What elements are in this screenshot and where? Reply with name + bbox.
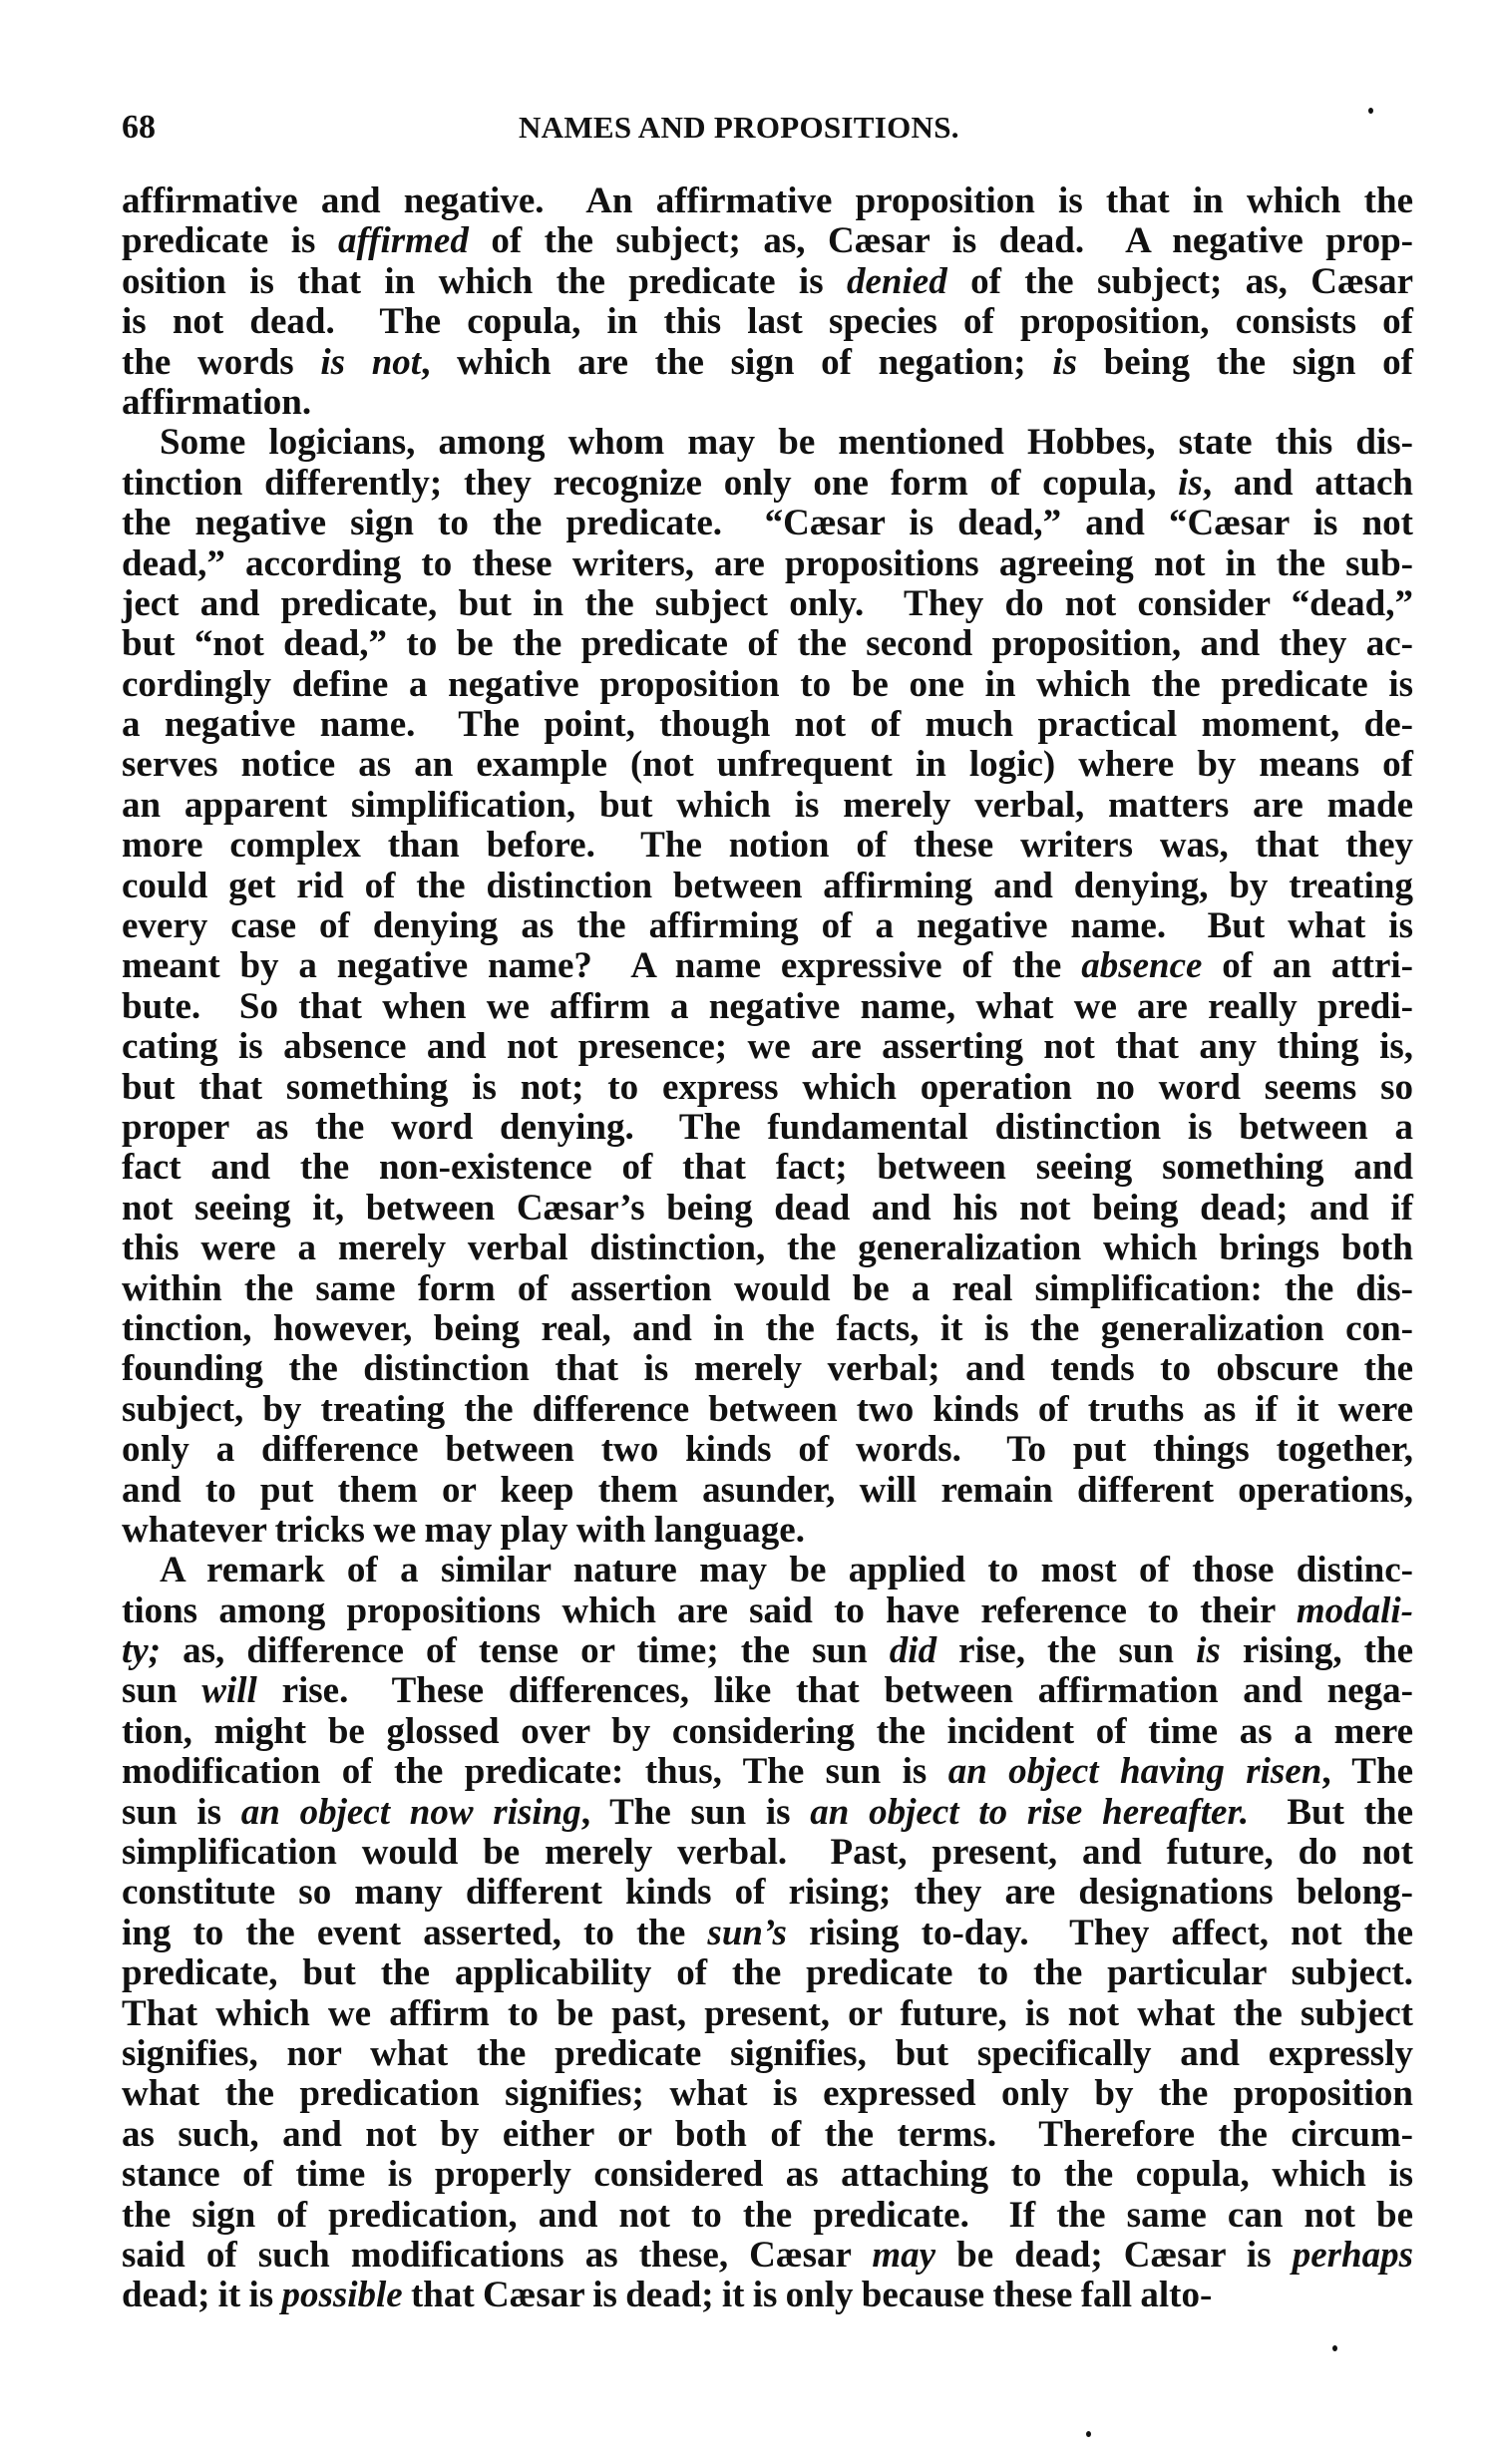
text-line: the words is not, which are the sign of …	[122, 343, 1413, 383]
book-page: 68 NAMES AND PROPOSITIONS. affirmative a…	[0, 0, 1490, 2464]
text-run: bute. So that when we affirm a negative …	[122, 986, 1413, 1027]
text-run: of an attri-	[1202, 945, 1413, 986]
text-line: ing to the event asserted, to the sun’s …	[122, 1914, 1413, 1953]
text-line: the negative sign to the predicate. “Cæs…	[122, 504, 1413, 543]
scan-speck	[1332, 2345, 1337, 2351]
italic-text: perhaps	[1293, 2235, 1413, 2276]
text-run: a negative name. The point, though not o…	[122, 704, 1413, 745]
text-run: of the subject; as, Cæsar is dead. A neg…	[469, 220, 1413, 261]
text-line: tinction differently; they recognize onl…	[122, 464, 1413, 504]
text-line: this were a merely verbal distinction, t…	[122, 1229, 1413, 1268]
text-run: as, difference of tense or time; the sun	[161, 1630, 890, 1671]
text-run: tions among propositions which are said …	[122, 1590, 1297, 1631]
text-line: what the predication signifies; what is …	[122, 2074, 1413, 2114]
text-run: dead,” according to these writers, are p…	[122, 543, 1413, 584]
text-run: the words	[122, 342, 320, 383]
text-run: dead; it is	[122, 2275, 281, 2315]
italic-text: possible	[281, 2275, 402, 2315]
italic-text: modali-	[1297, 1590, 1413, 1631]
text-run: sun is	[122, 1792, 241, 1833]
text-run: serves notice as an example (not unfrequ…	[122, 744, 1413, 785]
text-run: , The sun is	[581, 1792, 811, 1833]
italic-text: may	[872, 2235, 935, 2276]
text-run: be dead; Cæsar is	[935, 2235, 1293, 2276]
text-run: within the same form of assertion would …	[122, 1268, 1413, 1309]
text-run: as such, and not by either or both of th…	[122, 2114, 1413, 2155]
text-run: but “not dead,” to be the predicate of t…	[122, 623, 1413, 664]
text-run: predicate is	[122, 220, 338, 261]
text-run: osition is that in which the predicate i…	[122, 261, 847, 302]
text-run: meant by a negative name? A name express…	[122, 945, 1081, 986]
text-line: simplification would be merely verbal. P…	[122, 1833, 1413, 1873]
text-run: whatever tricks we may play with languag…	[122, 1510, 805, 1551]
text-line: but “not dead,” to be the predicate of t…	[122, 624, 1413, 664]
text-line: cordingly define a negative proposition …	[122, 665, 1413, 705]
paragraph: Some logicians, among whom may be mentio…	[122, 423, 1413, 1551]
italic-text: an object now rising	[241, 1792, 581, 1833]
text-run: proper as the word denying. The fundamen…	[122, 1107, 1413, 1148]
text-run: more complex than before. The notion of …	[122, 825, 1413, 866]
text-run: stance of time is properly considered as…	[122, 2154, 1413, 2195]
italic-text: denied	[847, 261, 947, 302]
text-run: that Cæsar is dead; it is only because t…	[403, 2275, 1213, 2315]
italic-text: sun’s	[707, 1913, 787, 1953]
text-run: this were a merely verbal distinction, t…	[122, 1228, 1413, 1268]
text-line: could get rid of the distinction between…	[122, 867, 1413, 906]
text-run: affirmation.	[122, 382, 311, 423]
text-run: not seeing it, between Cæsar’s being dea…	[122, 1188, 1413, 1229]
text-line: That which we affirm to be past, present…	[122, 1994, 1413, 2034]
text-line: ject and predicate, but in the subject o…	[122, 584, 1413, 624]
text-run: affirmative and negative. An affirmative…	[122, 180, 1413, 221]
text-run: the negative sign to the predicate. “Cæs…	[122, 503, 1413, 543]
text-run: said of such modifications as these, Cæs…	[122, 2235, 872, 2276]
text-run: That which we affirm to be past, present…	[122, 1993, 1413, 2034]
text-line: affirmation.	[122, 383, 1413, 423]
text-run: cordingly define a negative proposition …	[122, 664, 1413, 705]
text-run: , The	[1321, 1751, 1413, 1792]
text-line: tinction, however, being real, and in th…	[122, 1309, 1413, 1349]
text-run: rising to-day. They affect, not the	[787, 1913, 1413, 1953]
text-run: constitute so many different kinds of ri…	[122, 1872, 1413, 1913]
text-run: ing to the event asserted, to the	[122, 1913, 707, 1953]
italic-text: an object having risen	[948, 1751, 1322, 1792]
text-line: serves notice as an example (not unfrequ…	[122, 745, 1413, 785]
text-line: said of such modifications as these, Cæs…	[122, 2236, 1413, 2276]
text-line: founding the distinction that is merely …	[122, 1349, 1413, 1389]
text-line: only a difference between two kinds of w…	[122, 1430, 1413, 1470]
paragraph: affirmative and negative. An affirmative…	[122, 181, 1413, 423]
text-run: simplification would be merely verbal. P…	[122, 1832, 1413, 1873]
text-line: but that something is not; to express wh…	[122, 1068, 1413, 1108]
text-line: affirmative and negative. An affirmative…	[122, 181, 1413, 221]
text-run: tinction differently; they recognize onl…	[122, 463, 1178, 504]
text-line: is not dead. The copula, in this last sp…	[122, 302, 1413, 342]
text-line: tion, might be glossed over by consideri…	[122, 1712, 1413, 1752]
text-run: and to put them or keep them asunder, wi…	[122, 1470, 1413, 1511]
text-run: predicate, but the applicability of the …	[122, 1952, 1413, 1993]
text-run: ject and predicate, but in the subject o…	[122, 583, 1413, 624]
text-run: founding the distinction that is merely …	[122, 1348, 1413, 1389]
text-run: signifies, nor what the predicate signif…	[122, 2033, 1413, 2074]
italic-text: is	[1052, 342, 1077, 383]
text-line: proper as the word denying. The fundamen…	[122, 1108, 1413, 1148]
text-run: sun	[122, 1670, 201, 1711]
text-run: is not dead. The copula, in this last sp…	[122, 301, 1413, 342]
text-run: being the sign of	[1077, 342, 1413, 383]
italic-text: will	[201, 1670, 257, 1711]
text-run: what the predication signifies; what is …	[122, 2073, 1413, 2114]
italic-text: absence	[1081, 945, 1202, 986]
italic-text: is	[1196, 1630, 1221, 1671]
text-line: whatever tricks we may play with languag…	[122, 1511, 1413, 1551]
text-line: meant by a negative name? A name express…	[122, 946, 1413, 986]
text-line: not seeing it, between Cæsar’s being dea…	[122, 1189, 1413, 1229]
text-run: A remark of a similar nature may be appl…	[160, 1550, 1413, 1590]
text-line: every case of denying as the affirming o…	[122, 906, 1413, 946]
italic-text: did	[890, 1630, 936, 1671]
text-line: cating is absence and not presence; we a…	[122, 1027, 1413, 1067]
text-line: the sign of predication, and not to the …	[122, 2196, 1413, 2236]
text-run: of the subject; as, Cæsar	[947, 261, 1413, 302]
text-line: a negative name. The point, though not o…	[122, 705, 1413, 745]
text-line: within the same form of assertion would …	[122, 1269, 1413, 1309]
text-line: constitute so many different kinds of ri…	[122, 1873, 1413, 1913]
text-run: but that something is not; to express wh…	[122, 1067, 1413, 1108]
italic-text: affirmed	[338, 220, 469, 261]
text-line: modification of the predicate: thus, The…	[122, 1752, 1413, 1792]
text-run: tinction, however, being real, and in th…	[122, 1308, 1413, 1349]
text-line: sun will rise. These differences, like t…	[122, 1671, 1413, 1711]
text-line: Some logicians, among whom may be mentio…	[122, 423, 1413, 463]
text-line: predicate is affirmed of the subject; as…	[122, 221, 1413, 261]
text-line: dead,” according to these writers, are p…	[122, 544, 1413, 584]
text-run: fact and the non-existence of that fact;…	[122, 1147, 1413, 1188]
text-run: , and attach	[1203, 463, 1413, 504]
text-line: as such, and not by either or both of th…	[122, 2115, 1413, 2155]
italic-text: an object to rise hereafter.	[810, 1792, 1249, 1833]
text-run: the sign of predication, and not to the …	[122, 2195, 1413, 2236]
text-line: ty; as, difference of tense or time; the…	[122, 1631, 1413, 1671]
italic-text: ty;	[122, 1630, 161, 1671]
text-line: A remark of a similar nature may be appl…	[122, 1551, 1413, 1590]
text-run: an apparent simplification, but which is…	[122, 785, 1413, 826]
running-title: NAMES AND PROPOSITIONS.	[519, 108, 959, 148]
scan-speck	[1086, 2431, 1091, 2437]
italic-text: is not	[320, 342, 421, 383]
text-line: subject, by treating the difference betw…	[122, 1390, 1413, 1430]
text-line: an apparent simplification, but which is…	[122, 786, 1413, 826]
body-text: affirmative and negative. An affirmative…	[122, 181, 1413, 2316]
text-line: dead; it is possible that Cæsar is dead;…	[122, 2276, 1413, 2315]
text-run: only a difference between two kinds of w…	[122, 1429, 1413, 1470]
text-line: bute. So that when we affirm a negative …	[122, 987, 1413, 1027]
text-run: cating is absence and not presence; we a…	[122, 1026, 1413, 1067]
text-run: every case of denying as the affirming o…	[122, 905, 1413, 946]
text-line: and to put them or keep them asunder, wi…	[122, 1471, 1413, 1511]
text-run: rise. These differences, like that betwe…	[257, 1670, 1413, 1711]
page-number: 68	[122, 108, 156, 148]
text-run: rising, the	[1221, 1630, 1413, 1671]
running-head: 68 NAMES AND PROPOSITIONS.	[122, 108, 1413, 148]
text-run: could get rid of the distinction between…	[122, 866, 1413, 906]
text-run: modification of the predicate: thus, The…	[122, 1751, 948, 1792]
text-run: But the	[1249, 1792, 1413, 1833]
text-line: signifies, nor what the predicate signif…	[122, 2034, 1413, 2074]
text-line: more complex than before. The notion of …	[122, 826, 1413, 866]
text-run: tion, might be glossed over by consideri…	[122, 1711, 1413, 1752]
text-line: stance of time is properly considered as…	[122, 2155, 1413, 2195]
text-line: osition is that in which the predicate i…	[122, 262, 1413, 302]
scan-speck	[1368, 108, 1373, 114]
text-line: fact and the non-existence of that fact;…	[122, 1148, 1413, 1188]
italic-text: is	[1178, 463, 1203, 504]
text-line: sun is an object now rising, The sun is …	[122, 1793, 1413, 1833]
paragraph: A remark of a similar nature may be appl…	[122, 1551, 1413, 2315]
text-line: tions among propositions which are said …	[122, 1591, 1413, 1631]
text-run: subject, by treating the difference betw…	[122, 1389, 1413, 1430]
text-run: Some logicians, among whom may be mentio…	[160, 422, 1413, 463]
text-line: predicate, but the applicability of the …	[122, 1953, 1413, 1993]
text-run: rise, the sun	[936, 1630, 1196, 1671]
text-run: , which are the sign of negation;	[421, 342, 1052, 383]
